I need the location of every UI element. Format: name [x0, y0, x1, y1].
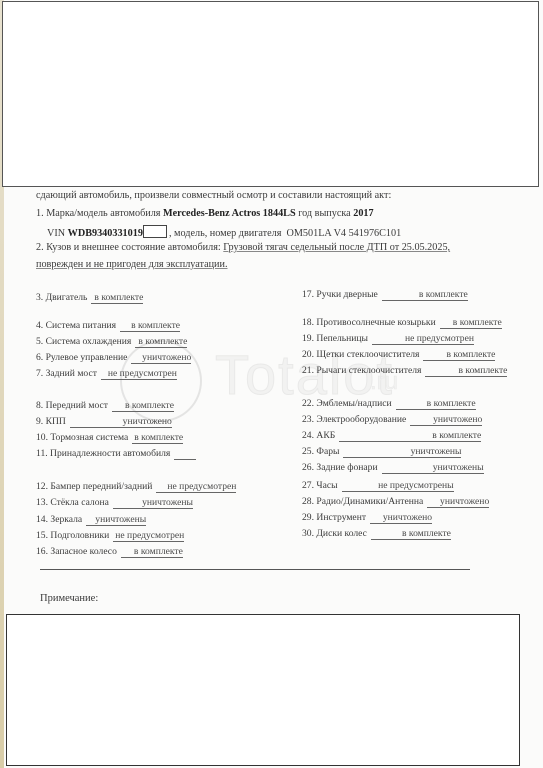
- checklist-item-value: уничтожено: [131, 353, 191, 364]
- checklist-item-value: [174, 449, 196, 460]
- checklist-item-value: в комплекте: [396, 399, 476, 410]
- checklist-item-label: 30. Диски колес: [302, 528, 367, 539]
- separator-line: [40, 569, 470, 570]
- checklist-item: 21. Рычаги стеклоочистителяв комплекте: [302, 365, 507, 377]
- checklist-item-value: не предусмотрен: [113, 531, 184, 542]
- checklist-item-value: уничтожены: [113, 498, 193, 509]
- item-2-value-line2: поврежден и не пригоден для эксплуатации…: [36, 259, 228, 270]
- checklist-item: 30. Диски колесв комплекте: [302, 528, 451, 540]
- checklist-item-label: 6. Рулевое управление: [36, 352, 127, 363]
- checklist-item: 15. Подголовникине предусмотрен: [36, 530, 184, 542]
- checklist-item: 14. Зеркалауничтожены: [36, 514, 146, 526]
- checklist-item-label: 8. Передний мост: [36, 400, 108, 411]
- item-2-label: 2. Кузов и внешнее состояние автомобиля:: [36, 242, 221, 253]
- checklist-item-value: уничтожено: [427, 497, 489, 508]
- checklist-item-value: уничтожено: [410, 415, 482, 426]
- checklist-item-label: 27. Часы: [302, 480, 338, 491]
- item-1-label: 1. Марка/модель автомобиля: [36, 208, 160, 219]
- checklist-item-label: 14. Зеркала: [36, 514, 82, 525]
- vin-value: WDB9340331019: [68, 228, 143, 239]
- checklist-item-label: 23. Электрооборудование: [302, 414, 406, 425]
- checklist-item-value: в комплекте: [135, 337, 187, 348]
- intro-line: сдающий автомобиль, произвели совместный…: [36, 190, 391, 201]
- checklist-item: 18. Противосолнечные козырькив комплекте: [302, 317, 502, 329]
- checklist-item: 22. Эмблемы/надписив комплекте: [302, 398, 476, 410]
- checklist-item-value: в комплекте: [423, 350, 495, 361]
- checklist-item: 26. Задние фонариуничтожены: [302, 462, 484, 474]
- checklist-item-value: уничтожены: [86, 515, 146, 526]
- item-2-body: 2. Кузов и внешнее состояние автомобиля:…: [36, 242, 450, 253]
- checklist-item: 5. Система охлажденияв комплекте: [36, 336, 187, 348]
- checklist-item-label: 4. Система питания: [36, 320, 116, 331]
- checklist-item-label: 16. Запасное колесо: [36, 546, 117, 557]
- checklist-item: 29. Инструментуничтожено: [302, 512, 432, 524]
- engine-label: , модель, номер двигателя: [169, 228, 281, 239]
- vin-redaction-box: [143, 225, 167, 238]
- checklist-item: 4. Система питанияв комплекте: [36, 320, 180, 332]
- checklist-item-value: в комплекте: [121, 547, 183, 558]
- checklist-item: 8. Передний моств комплекте: [36, 400, 174, 412]
- checklist-item-value: уничтожены: [343, 447, 461, 458]
- checklist-item: 3. Двигательв комплекте: [36, 292, 143, 304]
- checklist-item-value: в комплекте: [339, 431, 481, 442]
- redacted-footer-block: [6, 614, 520, 766]
- checklist-item: 16. Запасное колесов комплекте: [36, 546, 183, 558]
- checklist-item-label: 10. Тормозная система: [36, 432, 128, 443]
- checklist-item-label: 22. Эмблемы/надписи: [302, 398, 392, 409]
- checklist-item-label: 15. Подголовники: [36, 530, 109, 541]
- checklist-item-value: в комплекте: [425, 366, 507, 377]
- vin-label: VIN: [47, 228, 65, 239]
- checklist-item-value: в комплекте: [112, 401, 174, 412]
- engine-value: OM501LA V4 541976C101: [287, 228, 402, 239]
- checklist-item-value: не предусмотрены: [342, 481, 454, 492]
- checklist-item-label: 11. Принадлежности автомобиля: [36, 448, 170, 459]
- checklist-item-label: 29. Инструмент: [302, 512, 366, 523]
- checklist-item: 27. Часыне предусмотрены: [302, 480, 454, 492]
- checklist-item-label: 5. Система охлаждения: [36, 336, 131, 347]
- checklist-item-label: 19. Пепельницы: [302, 333, 368, 344]
- year-label: год выпуска: [298, 208, 351, 219]
- vin-line: VIN WDB9340331019, модель, номер двигате…: [47, 225, 401, 239]
- checklist-item: 17. Ручки дверныев комплекте: [302, 289, 468, 301]
- checklist-item: 9. КППуничтожено: [36, 416, 172, 428]
- checklist-item-value: в комплекте: [132, 433, 183, 444]
- checklist-item-value: в комплекте: [382, 290, 468, 301]
- checklist-item-label: 21. Рычаги стеклоочистителя: [302, 365, 421, 376]
- item-2-value-line1: Грузовой тягач седельный после ДТП от 25…: [223, 242, 450, 253]
- item-2-continued: поврежден и не пригоден для эксплуатации…: [36, 259, 228, 270]
- checklist-item-label: 26. Задние фонари: [302, 462, 378, 473]
- checklist-item-value: в комплекте: [120, 321, 180, 332]
- checklist-item-label: 28. Радио/Динамики/Антенна: [302, 496, 423, 507]
- checklist-item: 10. Тормозная системав комплекте: [36, 432, 183, 444]
- checklist-item-label: 25. Фары: [302, 446, 339, 457]
- checklist-item-label: 9. КПП: [36, 416, 66, 427]
- item-1-make-model: 1. Марка/модель автомобиля Mercedes-Benz…: [36, 208, 374, 219]
- checklist-item-value: не предусмотрен: [101, 369, 177, 380]
- checklist-item-label: 17. Ручки дверные: [302, 289, 378, 300]
- checklist-item: 7. Задний мостне предусмотрен: [36, 368, 177, 380]
- checklist-item: 23. Электрооборудованиеуничтожено: [302, 414, 482, 426]
- checklist-item-label: 18. Противосолнечные козырьки: [302, 317, 436, 328]
- checklist-item-label: 20. Щетки стеклоочистителя: [302, 349, 419, 360]
- checklist-item: 24. АКБв комплекте: [302, 430, 481, 442]
- checklist-item: 12. Бампер передний/заднийне предусмотре…: [36, 481, 236, 493]
- checklist-item: 19. Пепельницыне предусмотрен: [302, 333, 474, 345]
- checklist-item-value: не предусмотрен: [372, 334, 474, 345]
- checklist-item-value: уничтожены: [382, 463, 484, 474]
- checklist-item-value: уничтожено: [70, 417, 172, 428]
- redacted-header-block: [2, 1, 539, 187]
- checklist-item: 25. Фарыуничтожены: [302, 446, 461, 458]
- checklist-item-label: 12. Бампер передний/задний: [36, 481, 152, 492]
- checklist-item: 28. Радио/Динамики/Антеннауничтожено: [302, 496, 489, 508]
- checklist-item: 13. Стёкла салонауничтожены: [36, 497, 193, 509]
- make-model-value: Mercedes-Benz Actros 1844LS: [163, 208, 296, 219]
- checklist-item-label: 24. АКБ: [302, 430, 335, 441]
- checklist-item-label: 3. Двигатель: [36, 292, 87, 303]
- checklist-item-value: не предусмотрен: [156, 482, 236, 493]
- checklist-item: 6. Рулевое управлениеуничтожено: [36, 352, 191, 364]
- checklist-item-value: в комплекте: [440, 318, 502, 329]
- checklist-item-value: уничтожено: [370, 513, 432, 524]
- checklist-item: 11. Принадлежности автомобиля: [36, 448, 196, 460]
- note-label: Примечание:: [40, 593, 98, 604]
- checklist-item-value: в комплекте: [371, 529, 451, 540]
- checklist-item-label: 7. Задний мост: [36, 368, 97, 379]
- year-value: 2017: [353, 208, 373, 219]
- checklist-item-label: 13. Стёкла салона: [36, 497, 109, 508]
- checklist-item-value: в комплекте: [91, 293, 143, 304]
- checklist-item: 20. Щетки стеклоочистителяв комплекте: [302, 349, 495, 361]
